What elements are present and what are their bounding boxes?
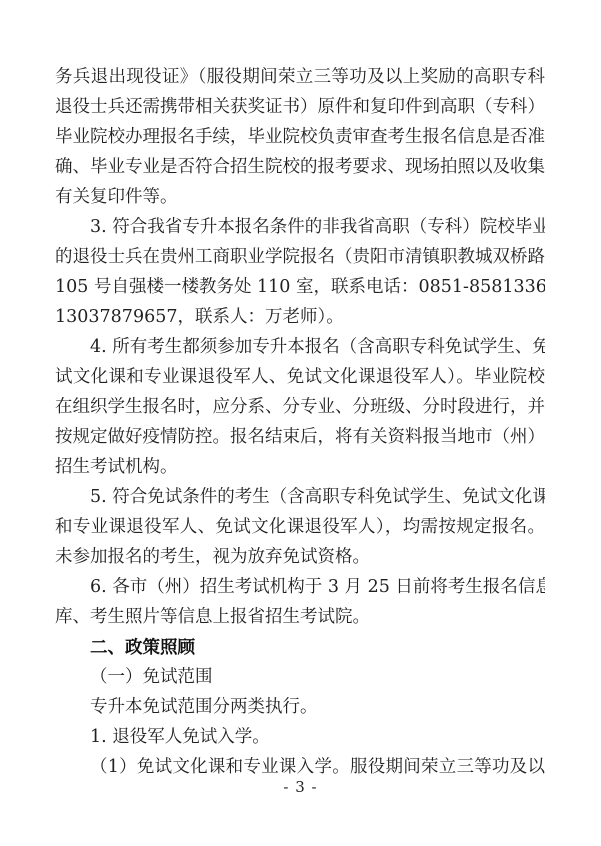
page-number: - 3 -	[0, 777, 601, 797]
text-line: 1. 退役军人免试入学。	[55, 722, 545, 752]
text-line: 库、考生照片等信息上报省招生考试院。	[55, 602, 545, 632]
text-line: 退役士兵还需携带相关获奖证书）原件和复印件到高职（专科）	[55, 92, 545, 122]
text-line: 在组织学生报名时，应分系、分专业、分班级、分时段进行，并	[55, 392, 545, 422]
text-line: 毕业院校办理报名手续，毕业院校负责审查考生报名信息是否准	[55, 122, 545, 152]
paragraph-continued: 务兵退出现役证》（服役期间荣立三等功及以上奖励的高职专科 退役士兵还需携带相关获…	[55, 62, 545, 212]
text-line: （一）免试范围	[55, 662, 545, 692]
paragraph-item-4: 4. 所有考生都须参加专升本报名（含高职专科免试学生、免 试文化课和专业课退役军…	[55, 332, 545, 482]
text-line: 3. 符合我省专升本报名条件的非我省高职（专科）院校毕业	[55, 212, 545, 242]
text-line: 确、毕业专业是否符合招生院校的报考要求、现场拍照以及收集	[55, 152, 545, 182]
text-line: 未参加报名的考生，视为放弃免试资格。	[55, 542, 545, 572]
document-body: 务兵退出现役证》（服役期间荣立三等功及以上奖励的高职专科 退役士兵还需携带相关获…	[55, 62, 545, 782]
paragraph-veteran-exemption: 1. 退役军人免试入学。	[55, 722, 545, 752]
subsection-heading-exemption-scope: （一）免试范围	[55, 662, 545, 692]
paragraph-item-6: 6. 各市（州）招生考试机构于 3 月 25 日前将考生报名信息 库、考生照片等…	[55, 572, 545, 632]
paragraph-item-5: 5. 符合免试条件的考生（含高职专科免试学生、免试文化课 和专业课退役军人、免试…	[55, 482, 545, 572]
section-heading-policy-care: 二、政策照顾	[55, 632, 545, 662]
text-line: 13037879657，联系人：万老师）。	[55, 302, 545, 332]
text-line: 105 号自强楼一楼教务处 110 室，联系电话：0851-85813365、	[55, 272, 545, 302]
text-line: 按规定做好疫情防控。报名结束后，将有关资料报当地市（州）	[55, 422, 545, 452]
text-line: 和专业课退役军人、免试文化课退役军人），均需按规定报名。	[55, 512, 545, 542]
paragraph-item-3: 3. 符合我省专升本报名条件的非我省高职（专科）院校毕业 的退役士兵在贵州工商职…	[55, 212, 545, 332]
text-line: 务兵退出现役证》（服役期间荣立三等功及以上奖励的高职专科	[55, 62, 545, 92]
text-line: 专升本免试范围分两类执行。	[55, 692, 545, 722]
text-line: 试文化课和专业课退役军人、免试文化课退役军人）。毕业院校	[55, 362, 545, 392]
text-line: 4. 所有考生都须参加专升本报名（含高职专科免试学生、免	[55, 332, 545, 362]
text-line: 6. 各市（州）招生考试机构于 3 月 25 日前将考生报名信息	[55, 572, 545, 602]
text-line: 5. 符合免试条件的考生（含高职专科免试学生、免试文化课	[55, 482, 545, 512]
paragraph-exemption-intro: 专升本免试范围分两类执行。	[55, 692, 545, 722]
text-line: 招生考试机构。	[55, 452, 545, 482]
document-page: 务兵退出现役证》（服役期间荣立三等功及以上奖励的高职专科 退役士兵还需携带相关获…	[0, 0, 601, 846]
text-line: 的退役士兵在贵州工商职业学院报名（贵阳市清镇职教城双桥路	[55, 242, 545, 272]
text-line: 有关复印件等。	[55, 182, 545, 212]
section-heading-text: 二、政策照顾	[55, 632, 545, 662]
